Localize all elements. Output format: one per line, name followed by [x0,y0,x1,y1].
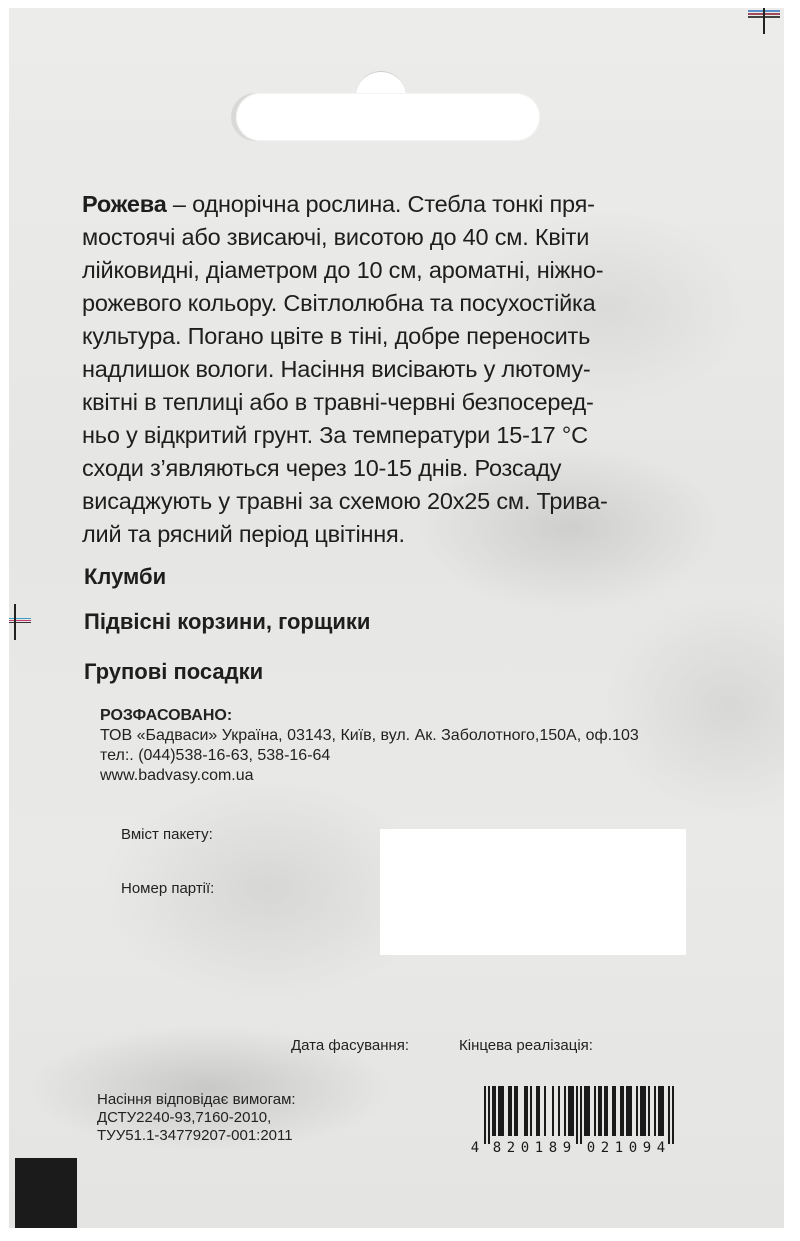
standards-info: Насіння відповідає вимогам: ДСТУ2240-93,… [97,1091,296,1145]
description-line: сходи з’являються через 10-15 днів. Розс… [82,452,722,485]
black-print-mark [15,1158,77,1228]
standards-line-1: ДСТУ2240-93,7160-2010, [97,1109,296,1127]
description-line: рожевого кольору. Світлолюбна та посухос… [82,287,722,320]
svg-text:9: 9 [643,1140,651,1156]
description-line: культура. Погано цвіте в тіні, добре пер… [82,320,722,353]
svg-text:9: 9 [563,1140,571,1156]
svg-text:0: 0 [587,1140,595,1156]
plant-description: Рожева – однорічна рослина. Стебла тонкі… [82,188,722,551]
standards-line-2: ТУУ51.1-34779207-001:2011 [97,1127,296,1145]
description-line: ньо у відкритий грунт. За температури 15… [82,419,722,452]
svg-text:2: 2 [507,1140,515,1156]
registration-mark-icon [748,8,780,36]
svg-text:1: 1 [535,1140,543,1156]
svg-text:8: 8 [493,1140,501,1156]
blank-sticker-area [380,829,686,955]
packer-title: РОЗФАСОВАНО: [100,706,639,726]
svg-text:1: 1 [615,1140,623,1156]
barcode: 4820189021094 [470,1084,686,1156]
description-line: лий та рясний період цвітіння. [82,518,722,551]
svg-text:0: 0 [521,1140,529,1156]
svg-text:4: 4 [471,1140,479,1156]
use-hanging-baskets: Підвісні корзини, горщики [84,609,370,635]
packer-address: ТОВ «Бадваси» Україна, 03143, Київ, вул.… [100,726,639,746]
hanger-hole [236,93,540,141]
content-label: Вміст пакету: [121,826,213,843]
batch-label: Номер партії: [121,880,214,897]
description-line: лійковидні, діаметром до 10 см, ароматні… [82,254,722,287]
use-group-plantings: Групові посадки [84,659,263,685]
registration-mark-icon [9,604,31,640]
description-line: Рожева – однорічна рослина. Стебла тонкі… [82,188,722,221]
description-line: мостоячі або звисаючі, висотою до 40 см.… [82,221,722,254]
description-line: квітні в теплиці або в травні-червні без… [82,386,722,419]
svg-text:2: 2 [601,1140,609,1156]
expiry-label: Кінцева реалізація: [459,1037,593,1054]
svg-text:8: 8 [549,1140,557,1156]
standards-title: Насіння відповідає вимогам: [97,1091,296,1109]
packer-phone: тел:. (044)538-16-63, 538-16-64 [100,746,639,766]
svg-text:0: 0 [629,1140,637,1156]
packer-info: РОЗФАСОВАНО: ТОВ «Бадваси» Україна, 0314… [100,706,639,786]
pack-date-label: Дата фасування: [291,1037,409,1054]
description-line: висаджують у травні за схемою 20х25 см. … [82,485,722,518]
description-line: надлишок вологи. Насіння висівають у лют… [82,353,722,386]
packer-website: www.badvasy.com.ua [100,766,639,786]
svg-text:4: 4 [657,1140,665,1156]
variety-name: Рожева [82,191,167,217]
use-flowerbeds: Клумби [84,564,166,590]
